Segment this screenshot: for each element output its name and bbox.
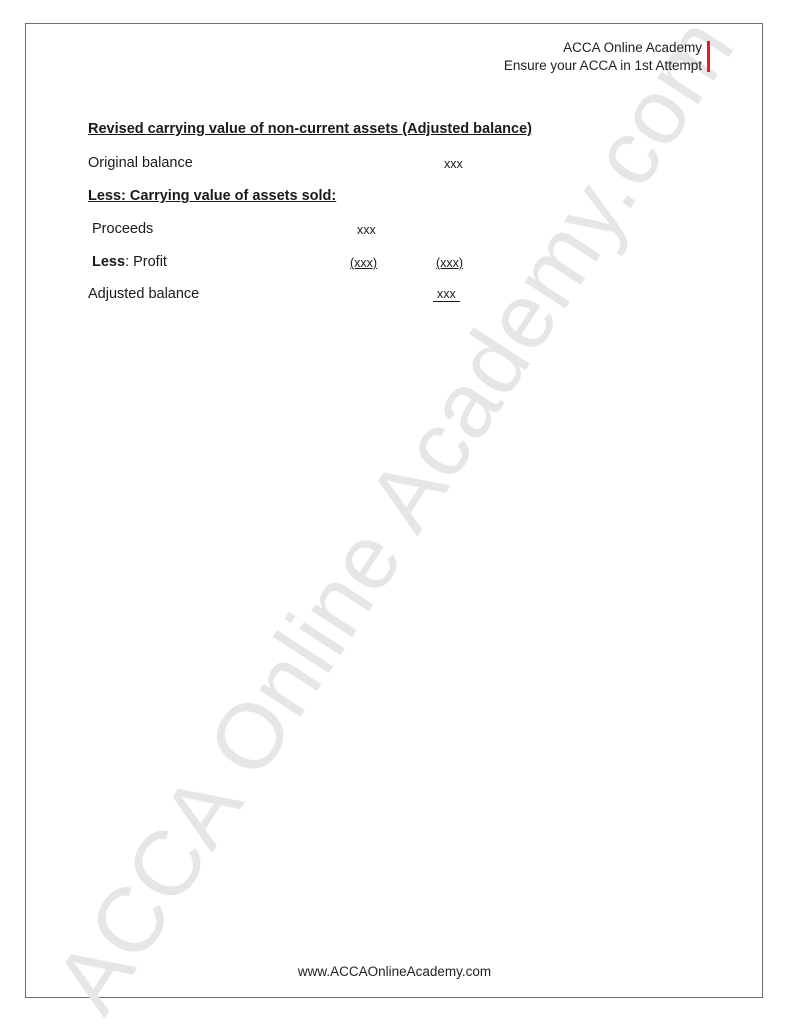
row-adjusted-balance-label: Adjusted balance: [88, 286, 199, 302]
row-less-profit-amount-2: (xxx): [436, 256, 463, 270]
row-less-profit-label: Less: Profit: [92, 254, 167, 270]
page-header: ACCA Online Academy Ensure your ACCA in …: [504, 39, 702, 75]
row-adjusted-balance-amount: xxx: [433, 288, 460, 302]
row-proceeds-label: Proceeds: [92, 221, 153, 237]
row-less-profit-amount-1: (xxx): [350, 256, 377, 270]
section-title: Revised carrying value of non-current as…: [88, 121, 532, 137]
header-accent-bar: [707, 41, 710, 72]
profit-text: : Profit: [125, 254, 167, 270]
header-tagline: Ensure your ACCA in 1st Attempt: [504, 57, 702, 75]
adjusted-amount-text: xxx: [437, 287, 456, 301]
less-bold: Less: [92, 254, 125, 270]
footer-url: www.ACCAOnlineAcademy.com: [0, 964, 789, 979]
row-proceeds-amount: xxx: [357, 223, 376, 237]
subheading-less-carrying-value: Less: Carrying value of assets sold:: [88, 188, 336, 204]
row-original-balance-amount: xxx: [444, 157, 463, 171]
header-brand: ACCA Online Academy: [504, 39, 702, 57]
row-original-balance-label: Original balance: [88, 155, 193, 171]
